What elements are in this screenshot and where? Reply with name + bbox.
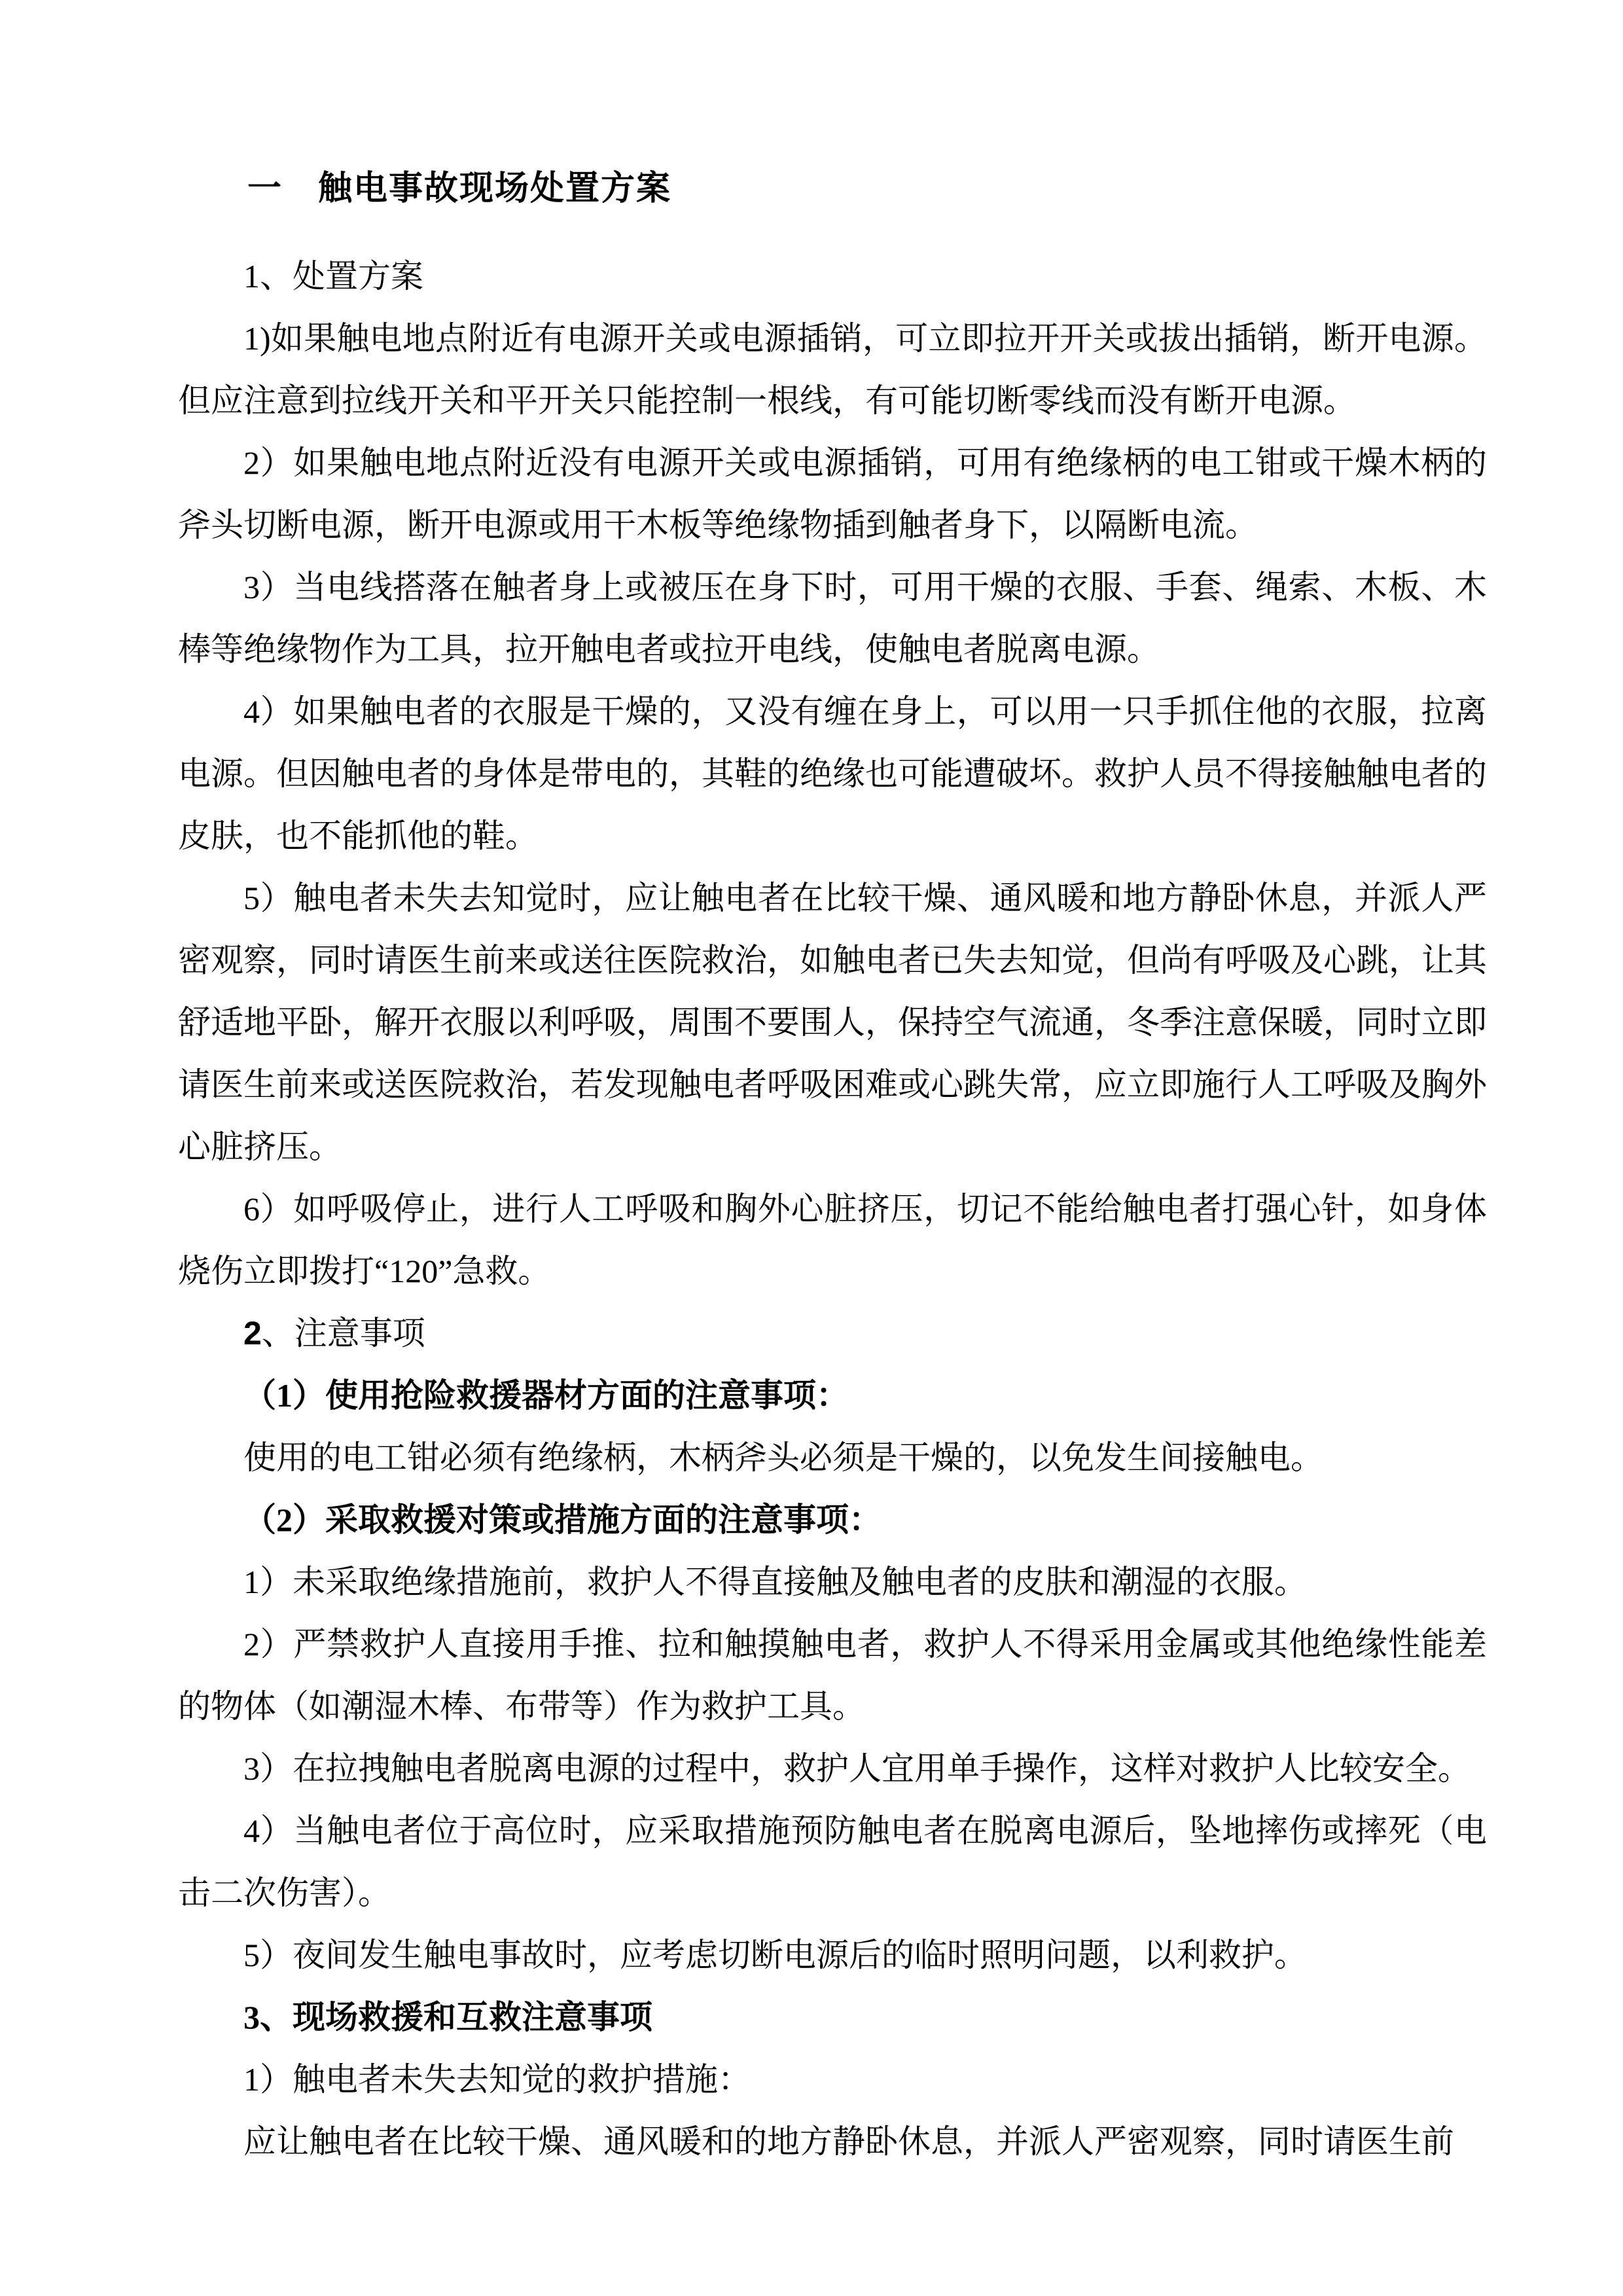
heading-1-chuzhifangan: 1、处置方案 (178, 245, 1487, 308)
document-page: 一 触电事故现场处置方案1、处置方案1)如果触电地点附近有电源开关或电源插销，可… (0, 0, 1623, 2296)
paragraph-3-1: 1）触电者未失去知觉的救护措施： (178, 2049, 1487, 2111)
heading-text: 、注意事项 (262, 1315, 425, 1352)
paragraph-2-2-5: 5）夜间发生触电事故时，应考虑切断电源后的临时照明问题，以利救护。 (178, 1924, 1487, 1986)
heading-2-zhuyishixiang: 2、注意事项 (178, 1302, 1487, 1365)
heading-2-2: （2）采取救援对策或措施方面的注意事项： (178, 1489, 1487, 1551)
heading-3-xianchangjiuyuan: 3、现场救援和互救注意事项 (178, 1986, 1487, 2049)
paragraph-3-2: 应让触电者在比较干燥、通风暖和的地方静卧休息，并派人严密观察，同时请医生前 (178, 2111, 1487, 2173)
paragraph-2-2-4: 4）当触电者位于高位时，应采取措施预防触电者在脱离电源后，坠地摔伤或摔死（电击二… (178, 1800, 1487, 1924)
paragraph-1-6: 6）如呼吸停止，进行人工呼吸和胸外心脏挤压，切记不能给触电者打强心针，如身体烧伤… (178, 1178, 1487, 1302)
paragraph-1-4: 4）如果触电者的衣服是干燥的，又没有缠在身上，可以用一只手抓住他的衣服，拉离电源… (178, 681, 1487, 867)
heading-number: 2 (243, 1315, 262, 1352)
paragraph-2-1: 使用的电工钳必须有绝缘柄，木柄斧头必须是干燥的，以免发生间接触电。 (178, 1427, 1487, 1489)
paragraph-1-1: 1)如果触电地点附近有电源开关或电源插销，可立即拉开开关或拔出插销，断开电源。但… (178, 308, 1487, 432)
paragraph-2-2-1: 1）未采取绝缘措施前，救护人不得直接触及触电者的皮肤和潮湿的衣服。 (178, 1551, 1487, 1613)
document-body: 一 触电事故现场处置方案1、处置方案1)如果触电地点附近有电源开关或电源插销，可… (178, 158, 1487, 2173)
paragraph-1-2: 2）如果触电地点附近没有电源开关或电源插销，可用有绝缘柄的电工钳或干燥木柄的斧头… (178, 432, 1487, 556)
heading-2-1: （1）使用抢险救援器材方面的注意事项： (178, 1365, 1487, 1427)
document-title: 一 触电事故现场处置方案 (178, 158, 1487, 220)
paragraph-1-5: 5）触电者未失去知觉时，应让触电者在比较干燥、通风暖和地方静卧休息，并派人严密观… (178, 867, 1487, 1178)
paragraph-2-2-3: 3）在拉拽触电者脱离电源的过程中，救护人宜用单手操作，这样对救护人比较安全。 (178, 1738, 1487, 1800)
paragraph-1-3: 3）当电线搭落在触者身上或被压在身下时，可用干燥的衣服、手套、绳索、木板、木棒等… (178, 556, 1487, 681)
paragraph-2-2-2: 2）严禁救护人直接用手推、拉和触摸触电者，救护人不得采用金属或其他绝缘性能差的物… (178, 1613, 1487, 1738)
